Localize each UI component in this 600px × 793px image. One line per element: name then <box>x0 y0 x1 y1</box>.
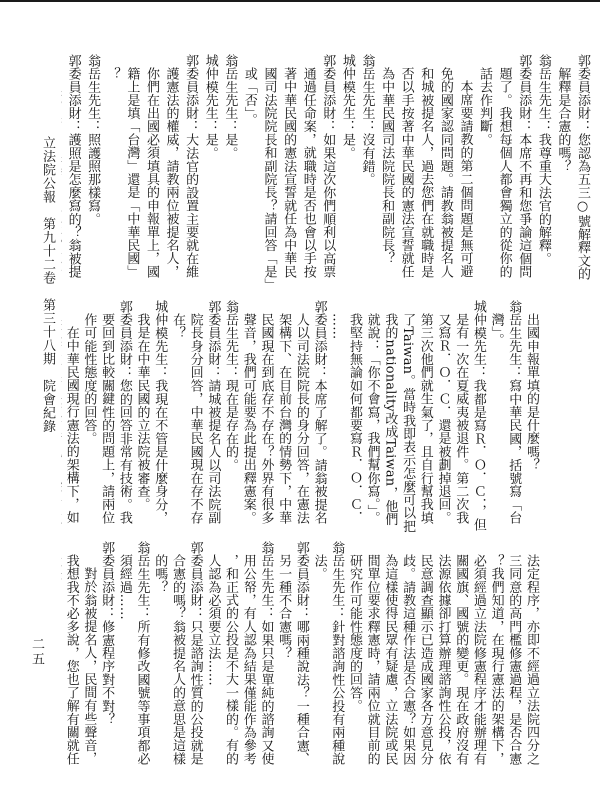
page-number: 二五 <box>27 637 46 667</box>
paragraph: 城仲模先生：是。 <box>337 54 357 290</box>
text-band-top: 郭委員添財：您認為五三○號解釋文的解釋是合憲的嗎？翁岳生先生：我尊重大法官的解釋… <box>61 54 592 290</box>
paragraph: 在中華民國現行憲法的架構下，如果政府在沒有法源的情況，以諮詢性的公投辦理國旗、國… <box>61 300 80 536</box>
paragraph: 郭委員添財：哪兩種說法？一種合憲、另一種不合憲嗎？ <box>274 541 309 777</box>
paragraph: 翁岳生先生：針對諮詢性公投有兩種說法。 <box>310 541 345 777</box>
paragraph: 本席要請教的第二個問題是無可避免的國家認同問題。請教翁被提名人和城被提名人，過去… <box>376 54 474 290</box>
paragraph: 對於翁被提名人，民間有些聲音，我想我不必多說，您也了解有關就任大法 <box>61 541 97 777</box>
paragraph: 翁岳生先生：寫中華民國，括號寫「台灣」。 <box>487 300 522 536</box>
paragraph: 郭委員添財：本席不再和您爭論這個問題了。我想每個人都會獨立的從你的話去作判斷。 <box>474 54 533 290</box>
gazette-scan-page: { "margin": { "caption": "立法院公報 第九十二卷 第三… <box>0 0 600 793</box>
page-top-scan-rule <box>0 0 600 2</box>
paragraph: 郭委員添財：只是諮詢性質的公投就是合憲的嗎？翁被提名人的意思是這樣的嗎？ <box>151 541 204 777</box>
gazette-margin-caption: 立法院公報 第九十二卷 第三十八期 院會紀錄 <box>38 136 57 466</box>
paragraph: 郭委員添財：請城被提名人以司法院副院長身分回答，中華民國現在存不存在？ <box>168 300 221 536</box>
paragraph: 郭委員添財：您的回答非常有技術。我要回到比較關鍵性的問題上，請兩位作可能性態度的… <box>80 300 133 536</box>
paragraph: 郭委員添財：護照是怎麼寫的？翁被提名人都沒有自己填寫申報單嗎？您看過您 <box>61 54 83 290</box>
paragraph: 翁岳生先生：如果只是單純的諮詢又使用公帑，有人認為結果僅能作為參考，和正式的公投… <box>204 541 275 777</box>
paragraph: 城仲模先生：是。 <box>200 54 220 290</box>
paragraph: 城仲模先生：我現在不管是什麼身分，我是在中華民國的立法院被審查。 <box>133 300 168 536</box>
paragraph: 翁岳生先生：照護照那樣寫。 <box>83 54 103 290</box>
text-band-bottom: 法定程序，亦即不經過立法院四分之三同意的高門檻修憲過程，是否合憲？我們知道，在現… <box>61 541 540 777</box>
paragraph: 翁岳生先生：我尊重大法官的解釋。 <box>533 54 553 290</box>
paragraph: 法定程序，亦即不經過立法院四分之三同意的高門檻修憲過程，是否合憲？我們知道，在現… <box>345 541 540 777</box>
paragraph: 翁岳生先生：是。 <box>220 54 240 290</box>
paragraph: 翁岳生先生：沒有錯。 <box>357 54 377 290</box>
paragraph: 郭委員添財：本席了解了。請翁被提名人以司法院院長的身分回答，在憲法架構下、在目前… <box>239 300 328 536</box>
text-band-middle: 出國申報單填的是什麼嗎？翁岳生先生：寫中華民國，括號寫「台灣」。城仲模先生：我都… <box>61 300 540 536</box>
paragraph: 翁岳生先生：所有修改國號等事項都必須經過…… <box>115 541 150 777</box>
paragraph: 翁岳生先生：現在是存在的。 <box>221 300 239 536</box>
paragraph: 城仲模先生：我都是寫Ｒ．Ｏ．Ｃ．，但是有一次在夏威夷被退件。第二次我又寫Ｒ．Ｏ．… <box>328 300 487 536</box>
paragraph: 郭委員添財：修憲程序對不對？ <box>97 541 115 777</box>
paragraph: 郭委員添財：如果這次你們順利以高票通過任命案，就職時是否也會以手按著中華民國的憲… <box>239 54 337 290</box>
paragraph: 郭委員添財：您認為五三○號解釋文的解釋是合憲的嗎？ <box>553 54 592 290</box>
paragraph: 郭委員添財：大法官的設置主要就在維護憲法的權威，請教兩位被提名人，你們在出國必須… <box>102 54 200 290</box>
paragraph: 出國申報單填的是什麼嗎？ <box>522 300 540 536</box>
